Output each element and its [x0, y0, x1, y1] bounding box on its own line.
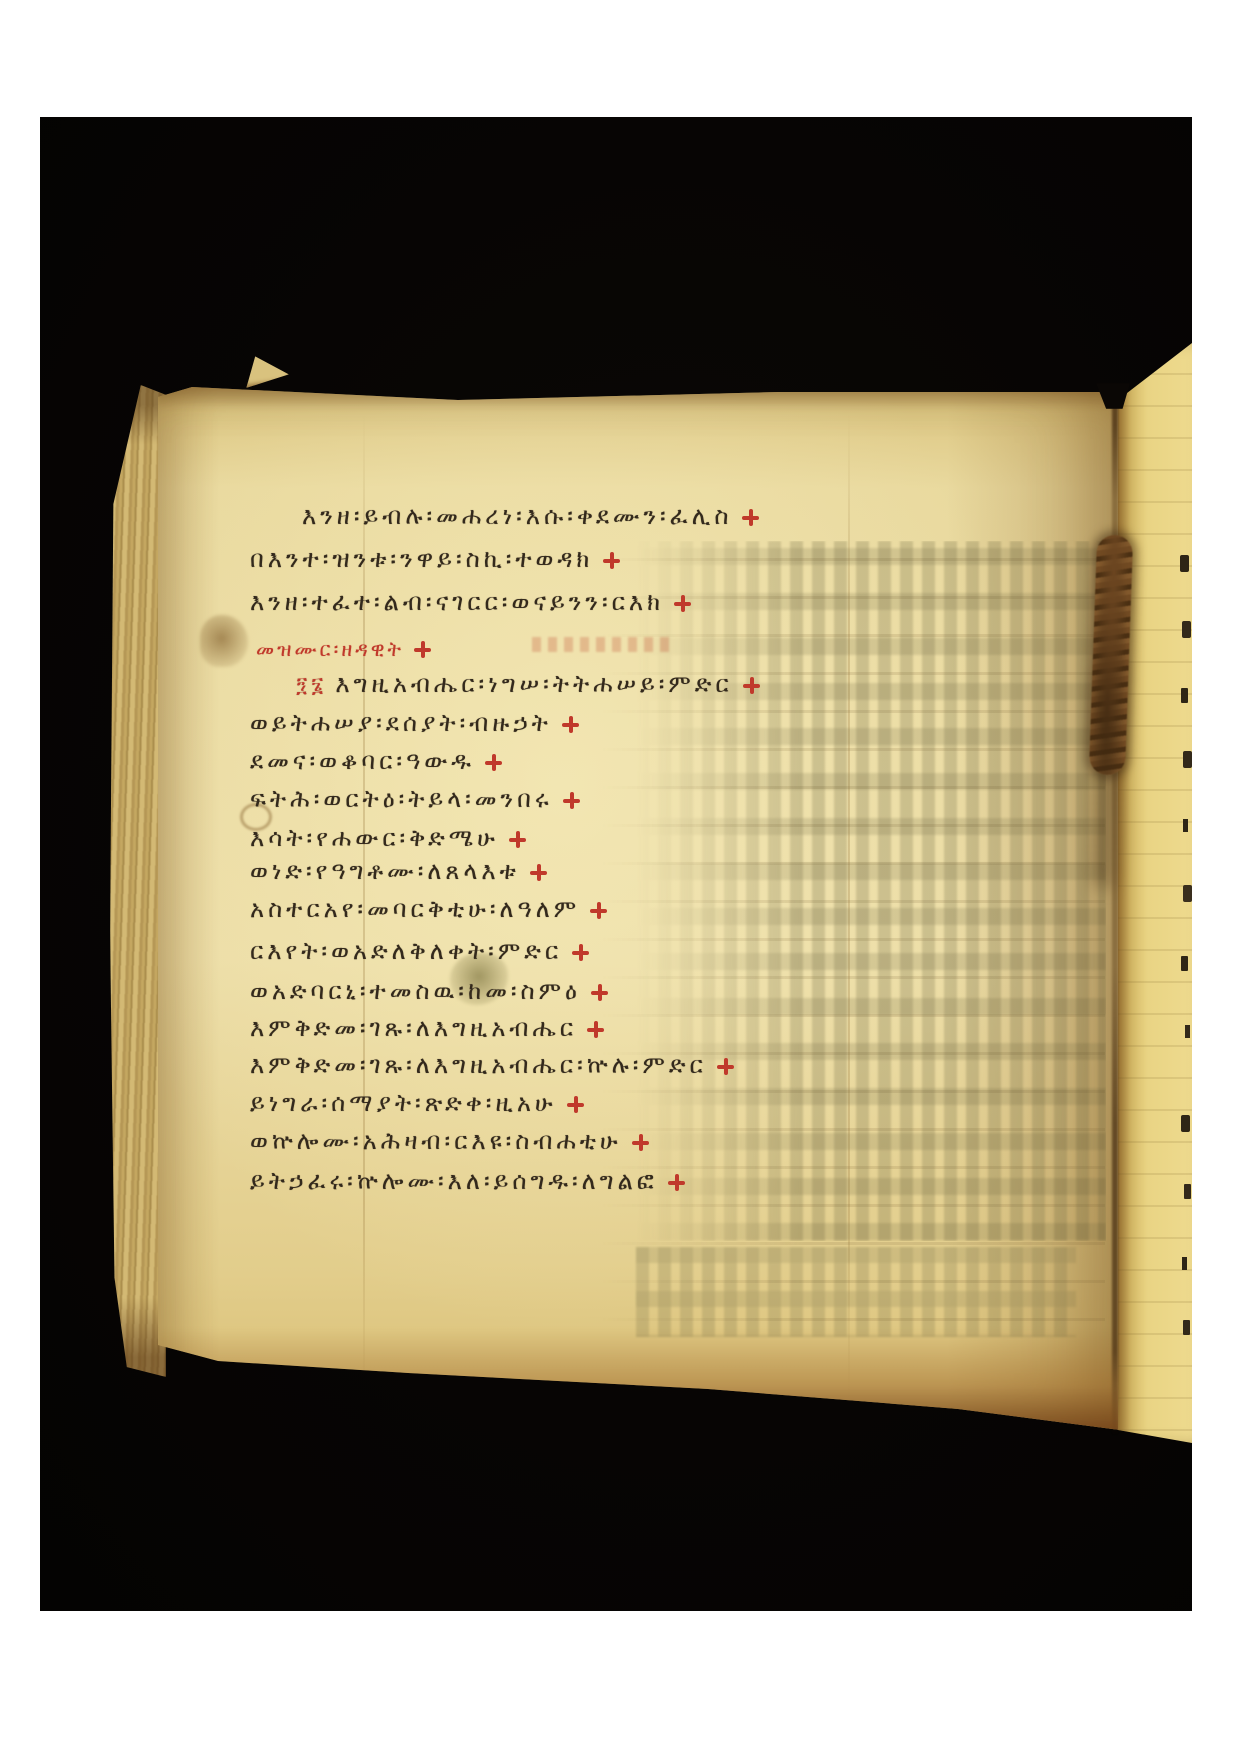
paragraph-mark-icon [563, 792, 580, 809]
facing-page-text-fragments [1180, 555, 1189, 572]
paragraph-mark-icon [668, 1174, 685, 1191]
line-text: እንዘ፡ተፈተ፡ልብ፡ናገርር፡ወናይንን፡ርእክ [250, 588, 664, 616]
manuscript-line: አስተርአየ፡መባርቅቲሁ፡ለዓለም [250, 894, 607, 924]
manuscript-line: ወነድ፡የዓግቶሙ፡ለጸላእቱ [250, 856, 547, 886]
paragraph-mark-icon [603, 552, 620, 569]
manuscript-line: እንዘ፡ይብሉ፡መሐረነ፡እሱ፡ቀደሙን፡ፈሊስ [302, 501, 759, 531]
manuscript-line: ይትኃፈሩ፡ኵሎሙ፡እለ፡ይሰግዱ፡ለግልፎ [250, 1166, 685, 1196]
manuscript-line: ፺፮እግዚአብሔር፡ነግሠ፡ትትሐሠይ፡ምድር [296, 669, 760, 700]
paragraph-mark-icon [591, 984, 608, 1001]
paragraph-mark-icon [562, 716, 579, 733]
psalm-number: ፺፮ [296, 673, 327, 697]
line-text: ወአድባርኒ፡ተመስዉ፡ከመ፡ስምዕ [250, 977, 581, 1005]
paragraph-mark-icon [717, 1058, 734, 1075]
paragraph-mark-icon [414, 641, 431, 658]
manuscript-line: ወአድባርኒ፡ተመስዉ፡ከመ፡ስምዕ [250, 976, 608, 1006]
line-text: ወኵሎሙ፡አሕዛብ፡ርእዩ፡ስብሐቲሁ [250, 1127, 622, 1155]
line-text: ወይትሐሠያ፡ደሰያት፡ብዙኃት [250, 709, 552, 737]
manuscript-line: እንዘ፡ተፈተ፡ልብ፡ናገርር፡ወናይንን፡ርእክ [250, 587, 691, 617]
burnt-top-edge [158, 383, 1120, 409]
manuscript-line: ወይትሐሠያ፡ደሰያት፡ብዙኃት [250, 708, 579, 738]
line-text: እሳት፡የሐውር፡ቅድሜሁ [250, 824, 499, 852]
faded-red-rubric-marks [532, 637, 672, 652]
manuscript-line: በእንተ፡ዝንቱ፡ንዋይ፡ስኪ፡ተወዳክ [250, 544, 620, 574]
line-text: ወነድ፡የዓግቶሙ፡ለጸላእቱ [250, 857, 520, 885]
paragraph-mark-icon [674, 595, 691, 612]
ink-stain [200, 615, 248, 667]
line-text: ይነግራ፡ሰማያት፡ጽድቀ፡ዚአሁ [250, 1089, 557, 1117]
line-text: በእንተ፡ዝንቱ፡ንዋይ፡ስኪ፡ተወዳክ [250, 545, 593, 573]
manuscript-line: እምቅድመ፡ገጹ፡ለእግዚአብሔር፡ኵሉ፡ምድር [250, 1050, 734, 1080]
paragraph-mark-icon [590, 902, 607, 919]
line-text: ርእየት፡ወአድለቅለቀት፡ምድር [250, 937, 562, 965]
paragraph-mark-icon [485, 754, 502, 771]
page-edge-stack [110, 385, 166, 1377]
line-text: ደመና፡ወቆባር፡ዓውዱ [250, 747, 475, 775]
manuscript-line: ይነግራ፡ሰማያት፡ጽድቀ፡ዚአሁ [250, 1088, 584, 1118]
line-text: እምቅድመ፡ገጹ፡ለእግዚአብሔር፡ኵሉ፡ምድር [250, 1051, 707, 1079]
manuscript-line: ርእየት፡ወአድለቅለቀት፡ምድር [250, 936, 589, 966]
paragraph-mark-icon [632, 1134, 649, 1151]
paragraph-mark-icon [743, 677, 760, 694]
paragraph-mark-icon [742, 509, 759, 526]
paragraph-mark-icon [567, 1096, 584, 1113]
page-corner-flap [242, 352, 290, 388]
manuscript-rubric-line: መዝሙር፡ዘዳዊት [256, 634, 431, 664]
burnt-bottom-edge [158, 1328, 1120, 1433]
line-text: መዝሙር፡ዘዳዊት [256, 637, 404, 661]
manuscript-line: እሳት፡የሐውር፡ቅድሜሁ [250, 823, 526, 853]
facing-page-sliver [1118, 343, 1192, 1443]
line-text: እምቅድመ፡ገጹ፡ለእግዚአብሔር [250, 1014, 577, 1042]
paragraph-mark-icon [572, 944, 589, 961]
bleedthrough-text [636, 1247, 1076, 1337]
manuscript-line: ደመና፡ወቆባር፡ዓውዱ [250, 746, 502, 776]
line-text: እንዘ፡ይብሉ፡መሐረነ፡እሱ፡ቀደሙን፡ፈሊስ [302, 502, 732, 530]
line-text: ይትኃፈሩ፡ኵሎሙ፡እለ፡ይሰግዱ፡ለግልፎ [250, 1167, 658, 1195]
photo-scan: እንዘ፡ይብሉ፡መሐረነ፡እሱ፡ቀደሙን፡ፈሊስ በእንተ፡ዝንቱ፡ንዋይ፡ስኪ… [0, 0, 1238, 1753]
line-text: ፍትሕ፡ወርትዕ፡ትይላ፡መንበሩ [250, 785, 553, 813]
line-text: አስተርአየ፡መባርቅቲሁ፡ለዓለም [250, 895, 580, 923]
manuscript-line: እምቅድመ፡ገጹ፡ለእግዚአብሔር [250, 1013, 604, 1043]
paragraph-mark-icon [530, 864, 547, 881]
manuscript-line: ወኵሎሙ፡አሕዛብ፡ርእዩ፡ስብሐቲሁ [250, 1126, 649, 1156]
bleedthrough-text [636, 541, 1106, 1241]
black-backdrop: እንዘ፡ይብሉ፡መሐረነ፡እሱ፡ቀደሙን፡ፈሊስ በእንተ፡ዝንቱ፡ንዋይ፡ስኪ… [40, 117, 1192, 1611]
manuscript-line: ፍትሕ፡ወርትዕ፡ትይላ፡መንበሩ [250, 784, 580, 814]
paragraph-mark-icon [587, 1021, 604, 1038]
line-text: እግዚአብሔር፡ነግሠ፡ትትሐሠይ፡ምድር [335, 670, 732, 698]
paragraph-mark-icon [509, 831, 526, 848]
